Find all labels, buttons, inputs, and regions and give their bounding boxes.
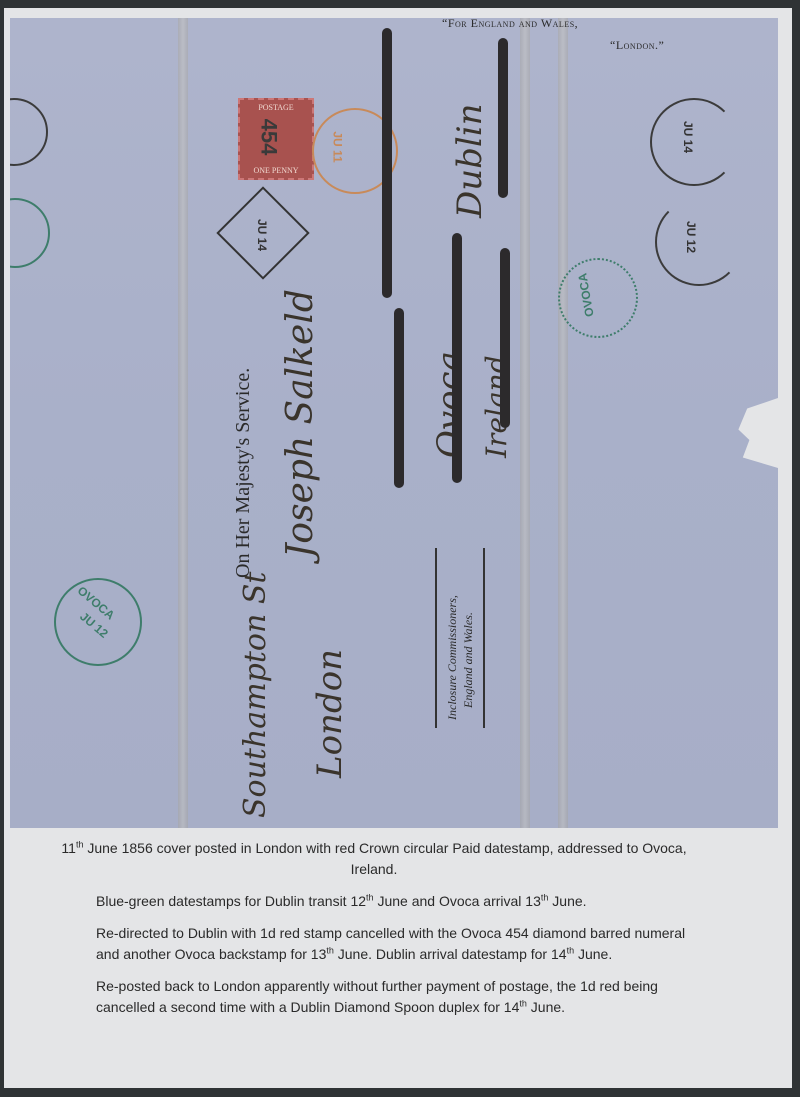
partial-datestamp — [10, 98, 48, 166]
strike-through-bar — [498, 38, 508, 198]
caption-block: 11th June 1856 cover posted in London wi… — [4, 838, 792, 1029]
caption-paragraph-4: Re-posted back to London apparently with… — [4, 976, 696, 1018]
fold-line — [178, 18, 188, 828]
partial-datestamp — [10, 198, 50, 268]
ovoca-arrival-datestamp: OVOCA JU 12 — [54, 578, 142, 666]
strike-through-bar — [394, 308, 404, 488]
handwritten-street: Southampton St — [238, 572, 273, 818]
handwritten-addressee: Joseph Salkeld — [280, 289, 321, 558]
ohms-heading: On Her Majesty's Service. — [232, 368, 255, 578]
dublin-second-datestamp: JU 12 — [655, 198, 743, 286]
inclosure-line2: England and Wales. — [461, 612, 476, 708]
handwritten-redirect-ovoca: Ovoca — [430, 351, 470, 458]
handwritten-redirect-dublin: Dublin — [450, 103, 490, 218]
stamp-bottom-label: ONE PENNY — [240, 166, 312, 175]
diamond-date: JU 14 — [255, 219, 269, 251]
penny-red-stamp: POSTAGE 454 ONE PENNY — [238, 98, 314, 180]
caption-paragraph-3: Re-directed to Dublin with 1d red stamp … — [4, 923, 696, 965]
album-page: “For England and Wales, “London.” POSTAG… — [4, 8, 792, 1088]
fold-line — [520, 18, 530, 828]
printed-header-line2: “London.” — [610, 38, 664, 53]
fold-line — [558, 18, 568, 828]
stamp-top-label: POSTAGE — [240, 103, 312, 112]
dublin-second-date: JU 12 — [684, 221, 698, 253]
strike-through-bar — [500, 248, 510, 428]
handwritten-city: London — [310, 649, 350, 778]
strike-through-bar — [452, 233, 462, 483]
dublin-arrival-datestamp: JU 14 — [650, 98, 738, 186]
printed-header-line1: “For England and Wales, — [442, 18, 578, 31]
strike-through-bar — [382, 28, 392, 298]
red-paid-date: JU 11 — [331, 131, 345, 162]
torn-edge — [734, 398, 778, 468]
inclosure-commissioners-label: Inclosure Commissioners, England and Wal… — [435, 548, 485, 728]
inclosure-line1: Inclosure Commissioners, — [445, 595, 460, 720]
caption-paragraph-1: 11th June 1856 cover posted in London wi… — [4, 838, 694, 880]
postal-cover: “For England and Wales, “London.” POSTAG… — [10, 18, 778, 828]
caption-paragraph-2: Blue-green datestamps for Dublin transit… — [4, 891, 696, 912]
ovoca-backstamp-name: OVOCA — [575, 272, 596, 318]
numeral-cancel: 454 — [255, 119, 281, 156]
dublin-arrival-date: JU 14 — [681, 121, 695, 153]
ovoca-backstamp: OVOCA — [558, 258, 638, 338]
